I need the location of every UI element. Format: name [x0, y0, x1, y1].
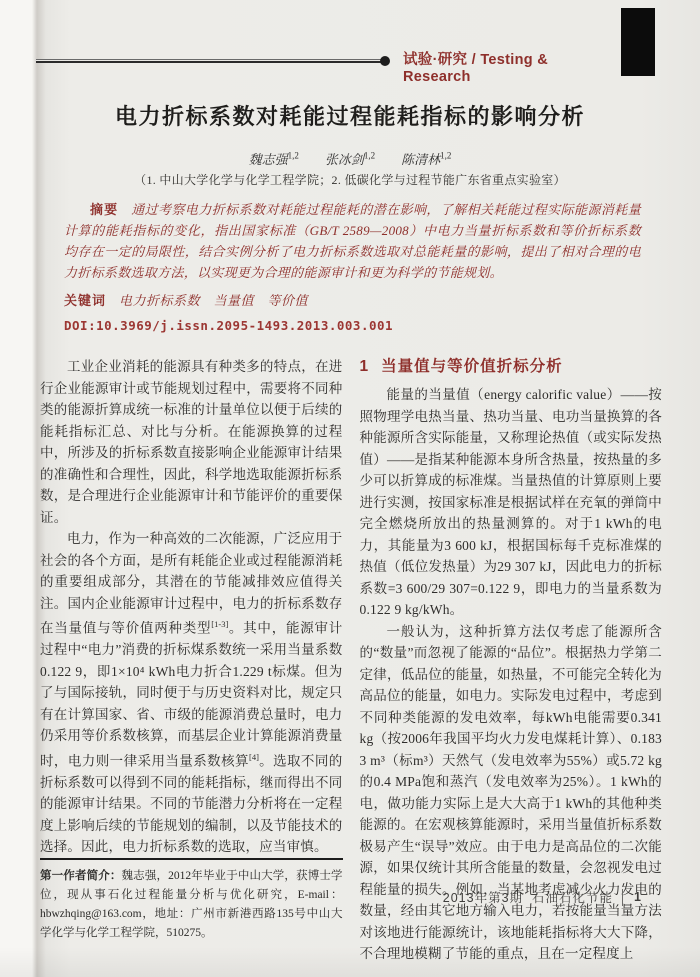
- author-2-affil-sup: 1,2: [364, 151, 375, 161]
- left-p2-text-b: 。其中，能源审计过程中“电力”消费的折标煤系数统一采用当量系数0.122 9，即…: [40, 621, 343, 769]
- affiliation-line: （1. 中山大学化学与化学工程学院；2. 低碳化学与过程节能广东省重点实验室）: [60, 171, 640, 188]
- author-1-name: 魏志强: [249, 152, 288, 167]
- footer-divider: [622, 889, 623, 906]
- left-column: 工业企业消耗的能源具有种类多的特点，在进行企业能源审计或节能规划过程中，需要将不…: [40, 348, 343, 936]
- right-paragraph-2: 一般认为，这种折算方法仅考虑了能源所含的“数量”而忽视了能源的“品位”。根据热力…: [360, 621, 663, 965]
- article-meta-block: 摘要通过考察电力折标系数对耗能过程能耗的潜在影响，了解相关耗能过程实际能源消耗量…: [64, 199, 641, 333]
- citation-ref-2: [4]: [249, 752, 259, 762]
- two-column-body: 工业企业消耗的能源具有种类多的特点，在进行企业能源审计或节能规划过程中，需要将不…: [40, 348, 662, 936]
- footer-page-number: 1: [632, 890, 642, 904]
- author-3-name: 陈清林: [401, 152, 440, 167]
- footer-issue: 2013年第3期: [443, 888, 523, 906]
- abstract: 摘要通过考察电力折标系数对耗能过程能耗的潜在影响，了解相关耗能过程实际能源消耗量…: [64, 199, 641, 283]
- section-1-title: 当量值与等价值折标分析: [381, 358, 563, 375]
- print-corner-mark: [621, 8, 655, 76]
- left-p2-text-c: 。选取不同的折标系数可以得到不同的能耗指标，继而得出不同的能源审计结果。不同的节…: [40, 753, 343, 854]
- doi-line: DOI:10.3969/j.issn.2095-1493.2013.003.00…: [64, 318, 641, 333]
- abstract-label: 摘要: [90, 202, 118, 217]
- footer-journal-name: 石油石化节能: [532, 888, 613, 906]
- article-title: 电力折标系数对耗能过程能耗指标的影响分析: [60, 100, 640, 131]
- keywords: 关键词电力折标系数 当量值 等价值: [64, 290, 641, 309]
- left-paragraph-1: 工业企业消耗的能源具有种类多的特点，在进行企业能源审计或节能规划过程中，需要将不…: [40, 356, 343, 528]
- rule-dot-icon: [380, 56, 390, 66]
- author-2-name: 张冰剑: [325, 152, 364, 167]
- journal-section-label: 试验·研究 / Testing & Research: [403, 48, 618, 85]
- abstract-text: 通过考察电力折标系数对耗能过程能耗的潜在影响，了解相关耗能过程实际能源消耗量计算…: [64, 202, 641, 280]
- section-1-heading: 1当量值与等价值折标分析: [360, 354, 663, 376]
- section-1-number: 1: [360, 358, 370, 375]
- author-1: 魏志强1,2: [249, 152, 299, 167]
- keywords-items: 电力折标系数 当量值 等价值: [119, 293, 308, 308]
- author-2: 张冰剑1,2: [325, 152, 375, 167]
- left-paragraph-2: 电力，作为一种高效的二次能源，广泛应用于社会的各个方面，是所有耗能企业或过程能源…: [40, 528, 343, 858]
- author-list: 魏志强1,2张冰剑1,2陈清林1,2: [60, 149, 640, 168]
- citation-ref-1: [1-3]: [211, 619, 228, 629]
- right-paragraph-1: 能量的当量值（energy calorific value）——按照物理学电热当…: [360, 384, 663, 621]
- author-3: 陈清林1,2: [401, 152, 451, 167]
- footnote-label: 第一作者简介：: [40, 870, 122, 882]
- keywords-label: 关键词: [64, 293, 106, 308]
- header-rule: [36, 59, 386, 63]
- author-1-affil-sup: 1,2: [288, 151, 299, 161]
- right-column: 1当量值与等价值折标分析 能量的当量值（energy calorific val…: [360, 348, 663, 936]
- author-3-affil-sup: 1,2: [440, 151, 451, 161]
- first-author-footnote: 第一作者简介：魏志强，2012年毕业于中山大学，获博士学位，现从事石化过程能量分…: [40, 858, 343, 943]
- scanned-page: 试验·研究 / Testing & Research 电力折标系数对耗能过程能耗…: [0, 0, 700, 977]
- page-footer: 2013年第3期 石油石化节能 1: [443, 888, 642, 906]
